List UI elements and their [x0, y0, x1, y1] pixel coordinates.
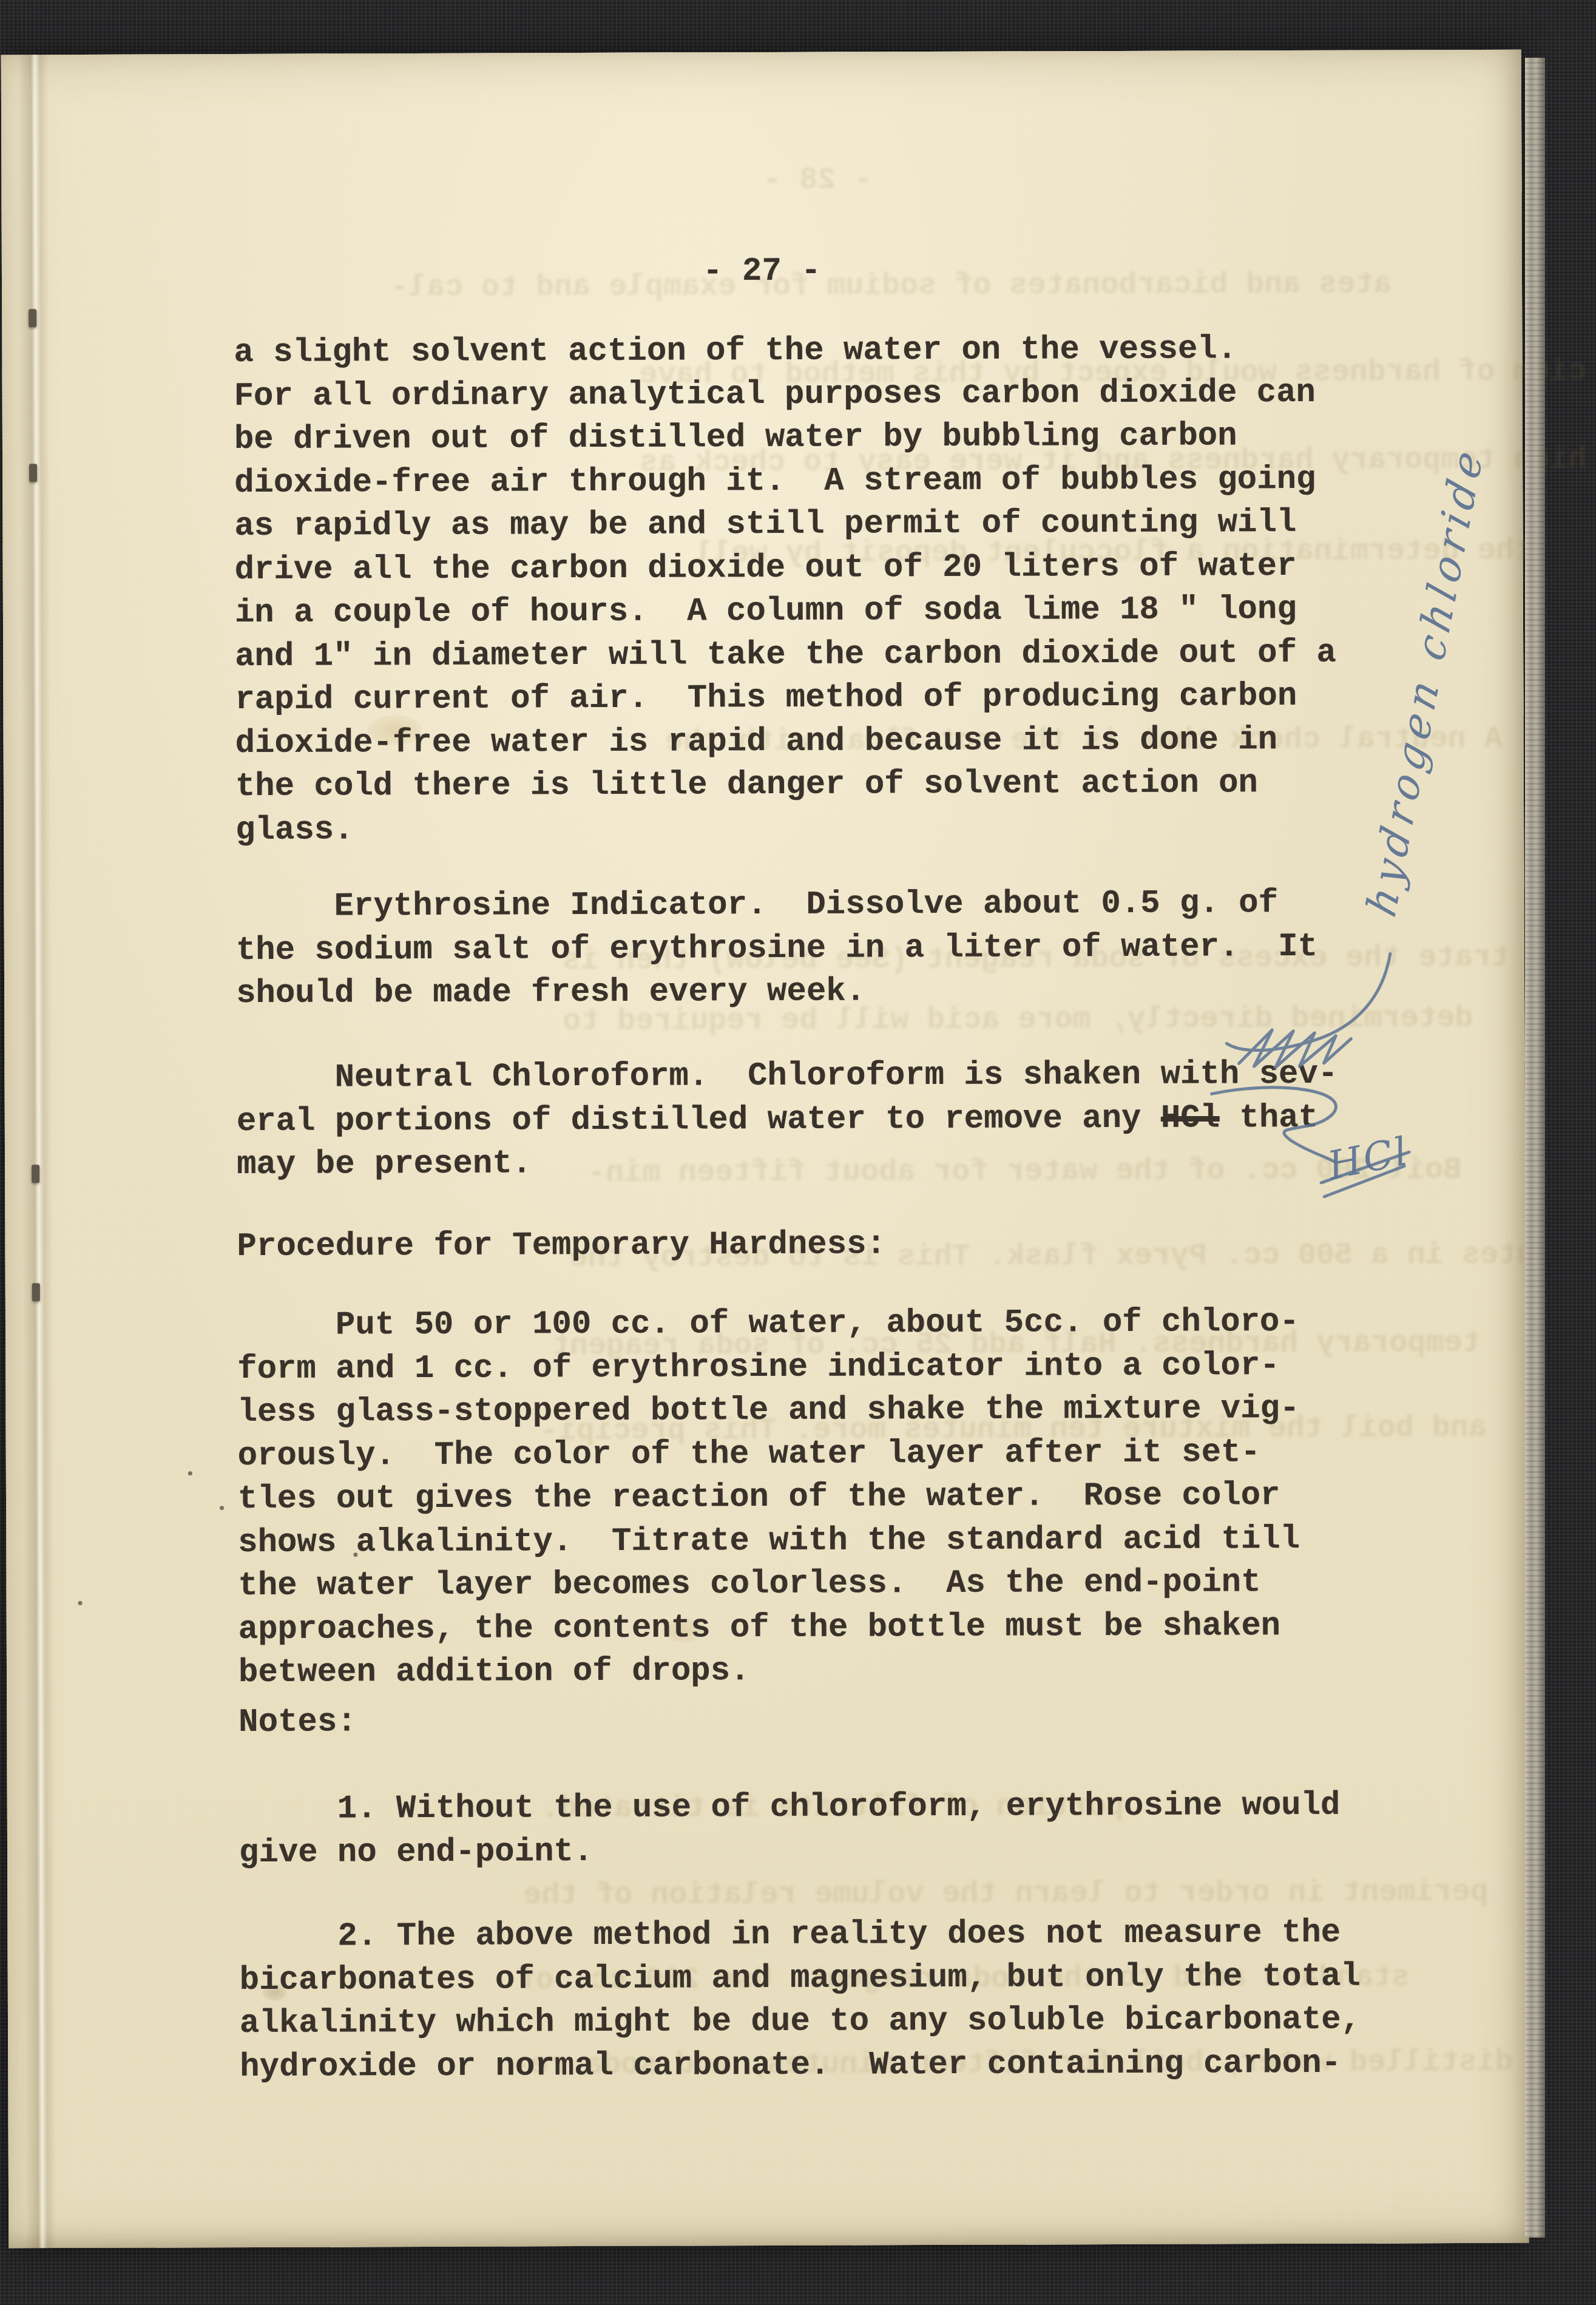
scanned-page: - 28 - ates and bicarbonates of sodium f…: [1, 50, 1529, 2249]
text-line: form and 1 cc. of erythrosine indicator …: [237, 1344, 1299, 1391]
scanner-backdrop: { "colors": { "paper": "#ece3c7", "typew…: [0, 0, 1596, 2305]
text-line: alkalinity which might be due to any sol…: [240, 1999, 1361, 2046]
text-line: orously. The color of the water layer af…: [238, 1430, 1300, 1478]
bleed-through-text: - 28 -: [763, 161, 872, 200]
text-line: in a couple of hours. A column of soda l…: [235, 588, 1336, 635]
annotation-connector-curve: [1226, 953, 1391, 1050]
text-line: the water layer becomes colorless. As th…: [238, 1561, 1300, 1608]
text-line: For all ordinary analytical purposes car…: [234, 371, 1336, 418]
paper-speck: [78, 1601, 83, 1605]
text-line: glass.: [235, 805, 1337, 852]
text-line: rapid current of air. This method of pro…: [235, 675, 1336, 722]
margin-annotation-hydrogen-chloride: hydrogen chloride: [1353, 411, 1496, 950]
text-line: tles out gives the reaction of the water…: [238, 1474, 1300, 1521]
text-line: the cold there is little danger of solve…: [235, 762, 1337, 809]
text-line: approaches, the contents of the bottle m…: [238, 1604, 1300, 1651]
page-number: - 27 -: [2, 248, 1522, 296]
spine-crease: [18, 55, 56, 2248]
binding-stitch: [32, 1283, 40, 1301]
scribble-to-hcl: [1212, 1088, 1336, 1163]
text-line: dioxide-free air through it. A stream of…: [234, 458, 1336, 505]
text-line: and 1" in diameter will take the carbon …: [235, 631, 1336, 679]
heading-notes: Notes:: [238, 1701, 357, 1744]
text-line: drive all the carbon dioxide out of 20 l…: [235, 544, 1336, 592]
paper-speck: [188, 1471, 192, 1475]
text-line: dioxide-free water is rapid and because …: [235, 718, 1337, 765]
text-line: less glass-stoppered bottle and shake th…: [237, 1387, 1299, 1435]
hcl-strike-line: [1324, 1166, 1404, 1196]
scribble-over-text: [1239, 1030, 1351, 1068]
text-line: as rapidly as may be and still permit of…: [234, 501, 1336, 549]
paper-speck: [220, 1506, 224, 1510]
binding-stitch: [29, 464, 37, 482]
heading-procedure-temporary-hardness: Procedure for Temporary Hardness:: [237, 1223, 886, 1268]
hcl-strike-line: [1321, 1152, 1409, 1183]
note-2: 2. The above method in reality does not …: [239, 1912, 1361, 2089]
page-stack-edge: [1525, 58, 1545, 2238]
text-line: Put 50 or 100 cc. of water, about 5cc. o…: [237, 1301, 1299, 1348]
ink-scribble-overlay: [1117, 878, 1470, 1255]
binding-stitch: [32, 1165, 39, 1183]
text-line: hydroxide or normal carbonate. Water con…: [240, 2042, 1361, 2089]
text-line: 2. The above method in reality does not …: [239, 1912, 1360, 1959]
text-line: a slight solvent action of the water on …: [234, 328, 1335, 375]
text-line: shows alkalinity. Titrate with the stand…: [238, 1517, 1300, 1565]
bleed-through-text: periment in order to learn the volume re…: [523, 1873, 1488, 1916]
text-line: give no end-point.: [239, 1827, 1341, 1875]
binding-stitch: [29, 309, 36, 327]
paragraph-procedure: Put 50 or 100 cc. of water, about 5cc. o…: [237, 1301, 1300, 1695]
text-line: be driven out of distilled water by bubb…: [234, 415, 1336, 462]
note-1: 1. Without the use of chloroform, erythr…: [239, 1784, 1341, 1875]
text-line: bicarbonates of calcium and magnesium, b…: [240, 1955, 1361, 2002]
text-line: between addition of drops.: [238, 1648, 1300, 1695]
text-segment: eral portions of distilled water to remo…: [237, 1100, 1161, 1140]
paragraph-solvent-action: a slight solvent action of the water on …: [234, 328, 1337, 852]
text-line: 1. Without the use of chloroform, erythr…: [239, 1784, 1341, 1832]
